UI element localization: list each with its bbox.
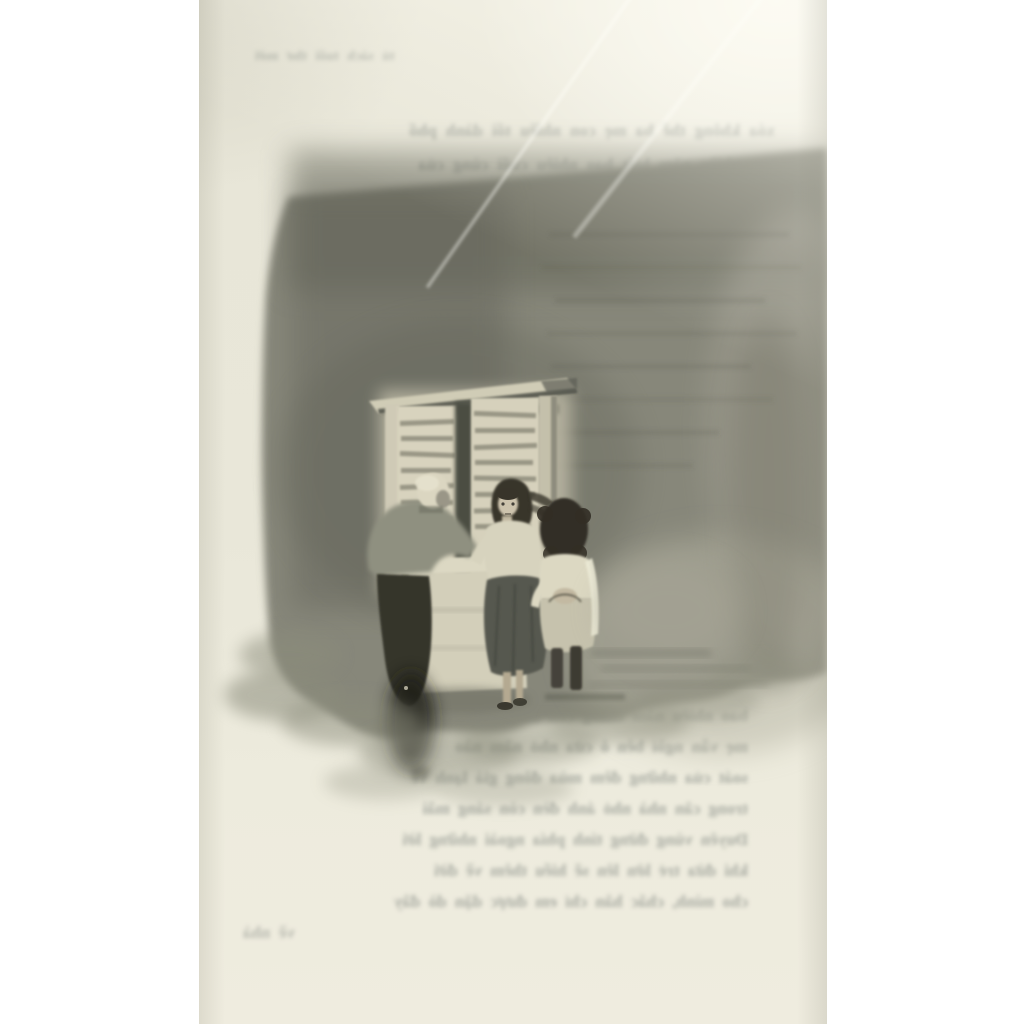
white-margin-right [827,0,1024,1024]
left-edge-shade [199,0,225,1024]
right-edge-shade [797,0,827,1024]
page-gloss-highlight [199,0,827,1024]
white-margin-left [0,0,199,1024]
page-photo: tủ sách tuổi thơ mới xóa không thể ba mẹ… [199,0,827,1024]
book-page-photograph: tủ sách tuổi thơ mới xóa không thể ba mẹ… [0,0,1024,1024]
